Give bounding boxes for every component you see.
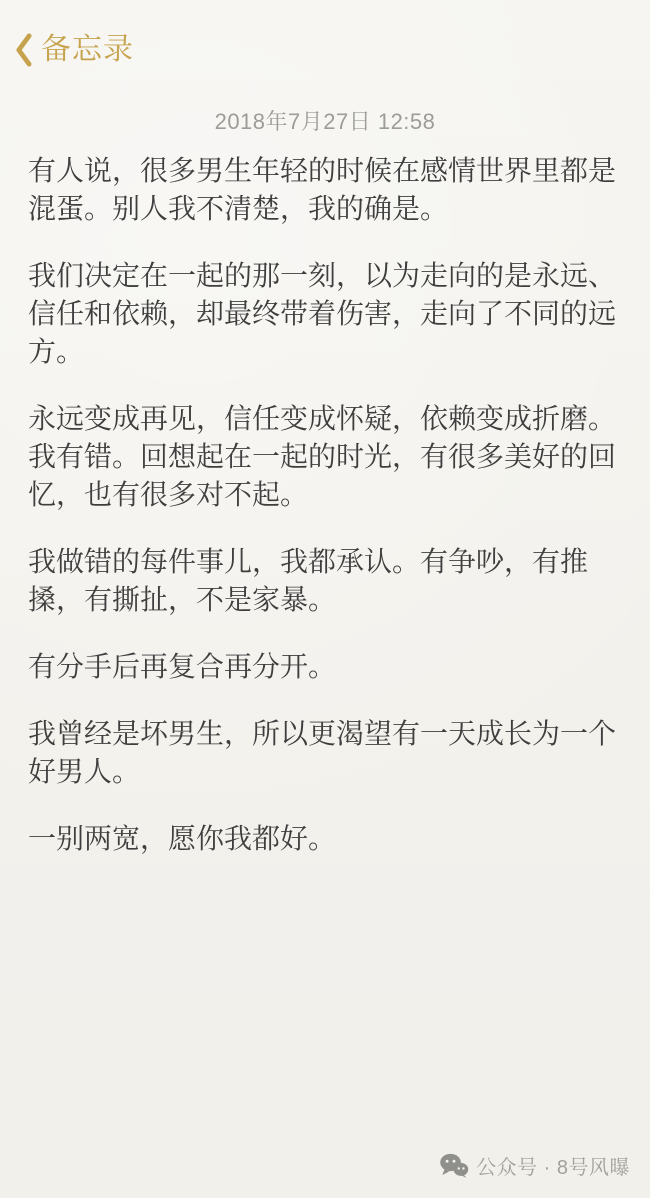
back-button-label: 备忘录 (41, 32, 134, 68)
chevron-left-icon (15, 33, 32, 67)
note-timestamp: 2018年7月27日 12:58 (0, 108, 650, 136)
note-paragraph: 我们决定在一起的那一刻，以为走向的是永远、信任和依赖，却最终带着伤害，走向了不同… (28, 257, 628, 371)
note-paragraph: 一别两宽，愿你我都好。 (28, 820, 628, 858)
note-paragraph: 我做错的每件事儿，我都承认。有争吵，有推搡，有撕扯，不是家暴。 (28, 543, 628, 619)
note-paragraph: 有人说，很多男生年轻的时候在感情世界里都是混蛋。别人我不清楚，我的确是。 (28, 152, 628, 228)
wechat-icon (439, 1153, 469, 1178)
note-body[interactable]: 有人说，很多男生年轻的时候在感情世界里都是混蛋。别人我不清楚，我的确是。我们决定… (0, 136, 650, 858)
note-paragraph: 有分手后再复合再分开。 (28, 648, 628, 686)
note-paragraph: 我曾经是坏男生，所以更渴望有一天成长为一个好男人。 (28, 715, 628, 791)
notes-app-screen: 备忘录 2018年7月27日 12:58 有人说，很多男生年轻的时候在感情世界里… (0, 0, 650, 1198)
note-paragraph: 永远变成再见，信任变成怀疑，依赖变成折磨。我有错。回想起在一起的时光，有很多美好… (28, 400, 628, 514)
navigation-bar: 备忘录 (0, 0, 650, 72)
watermark-label: 公众号 · 8号风曝 (476, 1151, 630, 1180)
back-button[interactable]: 备忘录 (15, 32, 134, 68)
watermark: 公众号 · 8号风曝 (439, 1151, 630, 1180)
